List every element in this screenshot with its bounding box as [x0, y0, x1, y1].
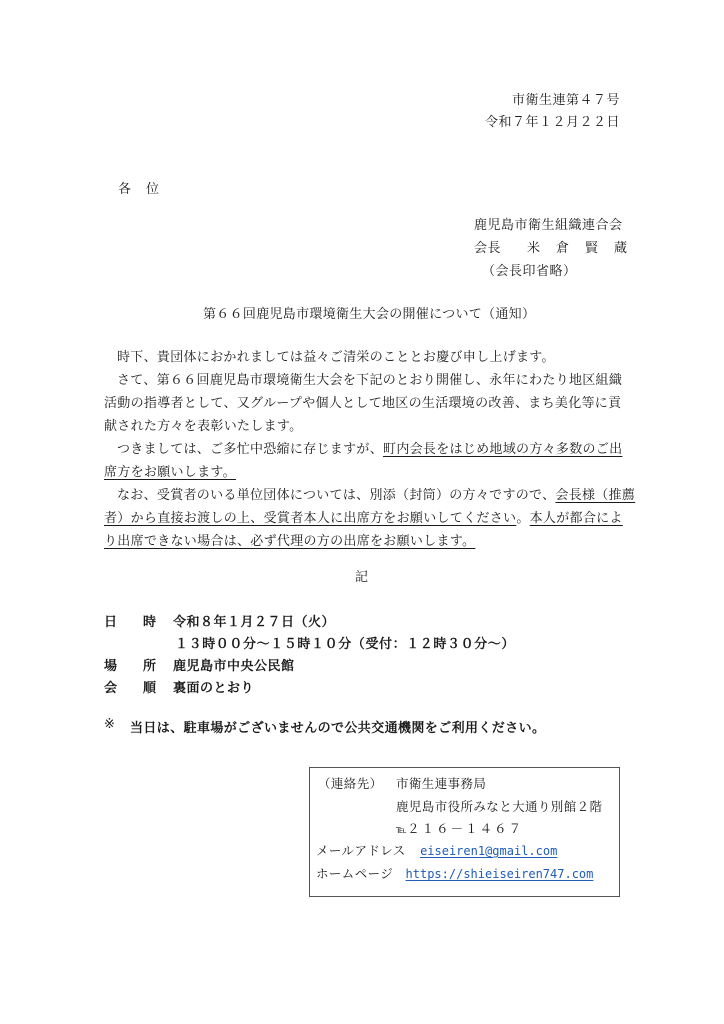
detail-label-datetime: 日時 — [104, 611, 164, 630]
document-date: 令和７年１２月２２日 — [485, 111, 620, 130]
detail-value-program: 裏面のとおり — [173, 677, 254, 696]
underlined-request: 者）から直接お渡しの上、受賞者本人に出席方をお願いしてください — [104, 511, 516, 526]
seal-note: （会長印省略） — [482, 263, 577, 281]
body-paragraph-4-line-1: なお、受賞者のいる単位団体については、別添（封筒）の方々ですので、会長様（推薦 — [117, 487, 635, 505]
body-text: なお、受賞者のいる単位団体については、別添（封筒）の方々ですので、 — [117, 488, 555, 503]
document-page: 市衛生連第４７号 令和７年１２月２２日 各 位 鹿児島市衛生組織連合会 会長 米… — [0, 0, 724, 1024]
body-paragraph-3-line-1: つきましては、ご多忙中恐縮に存じますが、町内会長をはじめ地域の方々多数のご出 — [117, 441, 622, 459]
document-number: 市衛生連第４７号 — [512, 89, 620, 108]
sender-organization: 鹿児島市衛生組織連合会 — [474, 217, 623, 235]
body-paragraph-4-line-2: 者）から直接お渡しの上、受賞者本人に出席方をお願いしてください。本人が都合によ — [104, 510, 623, 528]
contact-box: （連絡先） 市衛生連事務局 鹿児島市役所みなと大通り別館２階 ℡２１６－１４６７… — [309, 767, 620, 897]
email-link[interactable]: eiseiren1@gmail.com — [420, 844, 557, 858]
underlined-request: り出席できない場合は、必ず代理の方の出席をお願いします。 — [104, 534, 475, 549]
detail-value-date: 令和８年１月２７日（火） — [173, 611, 335, 630]
underlined-request: 本人が都合によ — [530, 511, 623, 526]
subject-title: 第６６回鹿児島市環境衛生大会の開催について（通知） — [203, 303, 535, 322]
body-paragraph-2-line-3: 献された方々を表彰いたします。 — [104, 418, 302, 436]
addressee: 各 位 — [118, 178, 160, 197]
contact-address: 鹿児島市役所みなと大通り別館２階 — [396, 798, 602, 816]
detail-label-venue: 場所 — [104, 655, 164, 674]
body-paragraph-2-line-2: 活動の指導者として、又グループや個人として地区の生活環境の改善、まち美化等に貢 — [104, 395, 621, 413]
detail-label-program: 会順 — [104, 677, 164, 696]
contact-office: 市衛生連事務局 — [396, 775, 486, 793]
contact-homepage-row: ホームページ https://shieiseiren747.com — [316, 865, 593, 883]
contact-email-row: メールアドレス eiseiren1@gmail.com — [316, 842, 557, 860]
detail-value-time: １３時００分～１５時１０分（受付：１２時３０分～） — [175, 633, 515, 652]
phone-icon: ℡ — [396, 825, 407, 836]
body-paragraph-3-line-2: 席方をお願いします。 — [104, 464, 236, 482]
detail-value-venue: 鹿児島市中央公民館 — [173, 655, 295, 674]
homepage-label: ホームページ — [316, 866, 393, 881]
ki-heading: 記 — [355, 566, 368, 585]
underlined-request: 席方をお願いします。 — [104, 465, 236, 480]
body-paragraph-4-line-3: り出席できない場合は、必ず代理の方の出席をお願いします。 — [104, 533, 475, 551]
underlined-request: 町内会長をはじめ地域の方々多数のご出 — [383, 442, 622, 457]
body-paragraph-1: 時下、貴団体におかれましては益々ご清栄のこととお慶び申し上げます。 — [117, 349, 555, 367]
underlined-request: 会長様（推薦 — [555, 488, 635, 503]
email-label: メールアドレス — [316, 843, 406, 858]
body-text: つきましては、ご多忙中恐縮に存じますが、 — [117, 442, 383, 457]
sender-title: 会長 — [474, 240, 501, 258]
parking-notice: 当日は、駐車場がございませんので公共交通機関をご利用ください。 — [130, 717, 545, 736]
sender-name: 米 倉 賢 蔵 — [527, 240, 629, 258]
contact-label: （連絡先） — [318, 775, 383, 793]
body-paragraph-2-line-1: さて、第６６回鹿児島市環境衛生大会を下記のとおり開催し、永年にわたり地区組織 — [117, 372, 622, 390]
contact-tel: ℡２１６－１４６７ — [396, 820, 523, 840]
notice-mark: ※ — [104, 717, 115, 732]
body-text: 。 — [516, 511, 529, 526]
homepage-link[interactable]: https://shieiseiren747.com — [406, 867, 594, 881]
